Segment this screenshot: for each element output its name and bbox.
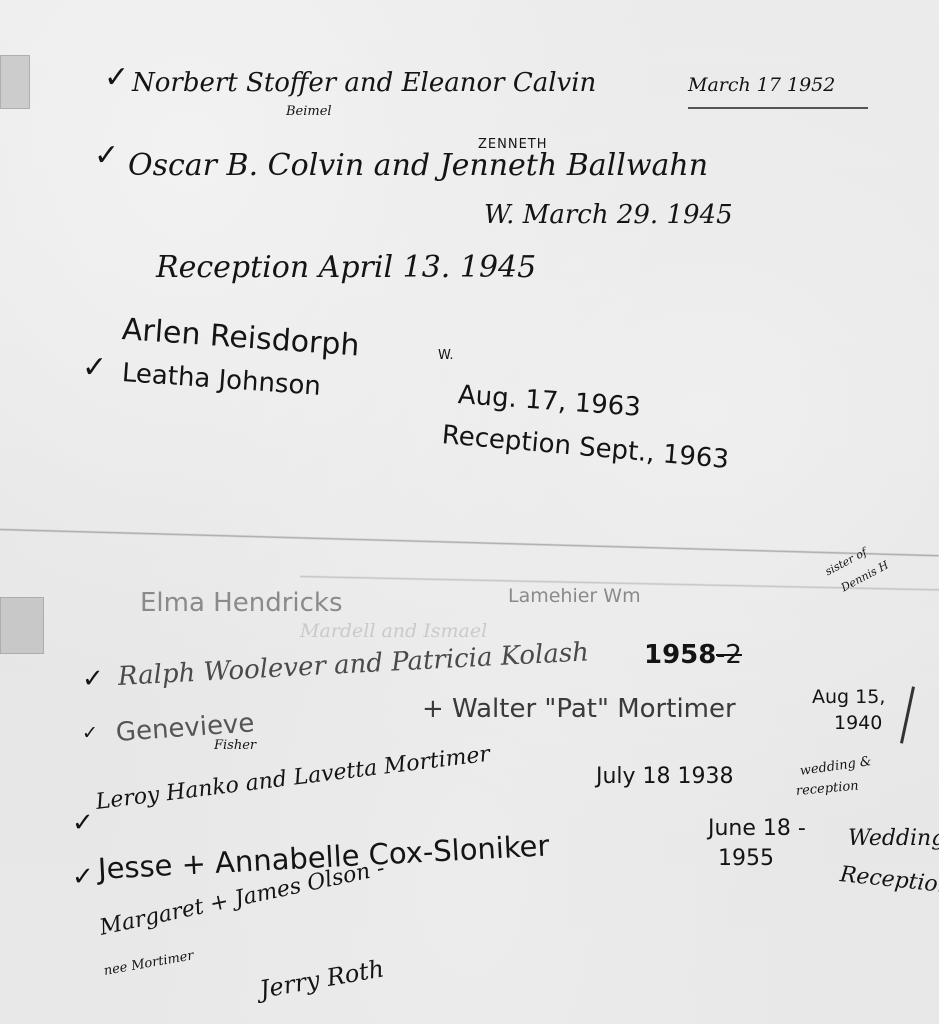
entry-date: 1958: [644, 640, 716, 670]
entry-date: 1955: [718, 846, 774, 871]
entry-date-struck: -2: [716, 640, 742, 670]
entry-annotation: nee Mortimer: [103, 948, 195, 979]
entry-reception: Reception April 13. 1945: [156, 250, 536, 285]
entry-note: reception: [795, 779, 859, 799]
entry-names: Leroy Hanko and Lavetta Mortimer: [94, 742, 491, 815]
entry-reception: Reception Sept., 1963: [441, 420, 730, 475]
entry-name-2: Leatha Johnson: [121, 358, 322, 402]
entry-name-1: Arlen Reisdorph: [121, 312, 361, 364]
scanned-document: ✓ Norbert Stoffer and Eleanor Calvin Mar…: [0, 0, 939, 1024]
entry-partner: + Walter "Pat" Mortimer: [422, 694, 736, 724]
entry-marker: W.: [438, 348, 454, 363]
ghost-bleedthrough-text: Mardell and Ismael: [300, 620, 487, 642]
tape-mark-top-left: [0, 55, 30, 109]
entry-annotation: Fisher: [214, 738, 256, 753]
checkmark: ✓: [94, 138, 119, 173]
entry-names: Norbert Stoffer and Eleanor Calvin: [132, 68, 596, 98]
entry-names: Ralph Woolever and Patricia Kolash: [117, 637, 589, 692]
entry-note: wedding &: [799, 754, 872, 779]
tape-mark-mid-left: [0, 597, 44, 654]
entry-date: March 17 1952: [688, 74, 835, 96]
checkmark: ✓: [104, 60, 129, 95]
entry-date: W. March 29. 1945: [484, 200, 733, 230]
entry-date: June 18 -: [708, 816, 806, 841]
entry-date: July 18 1938: [596, 764, 734, 789]
date-underline: [688, 107, 868, 109]
entry-date: 1940: [834, 712, 882, 734]
checkmark: ✓: [72, 862, 94, 892]
entry-names-faded-extra: Lamehier Wm: [508, 585, 641, 607]
entry-date: Aug 15,: [812, 686, 885, 708]
entry-date: Aug. 17, 1963: [457, 380, 642, 423]
entry-names: Oscar B. Colvin and Jenneth Ballwahn: [128, 148, 708, 183]
paper-fold-crease: [0, 528, 939, 557]
checkmark: ✓: [82, 664, 104, 694]
entry-note: Wedding: [848, 826, 939, 851]
entry-note: Reception: [839, 862, 939, 899]
checkmark: ✓: [82, 722, 98, 744]
entry-signature: Jerry Roth: [258, 954, 387, 1003]
entry-names-faded: Elma Hendricks: [140, 588, 343, 618]
margin-mark: [900, 686, 915, 743]
entry-annotation: Beimel: [286, 104, 332, 119]
checkmark: ✓: [82, 350, 107, 385]
checkmark: ✓: [72, 808, 94, 838]
